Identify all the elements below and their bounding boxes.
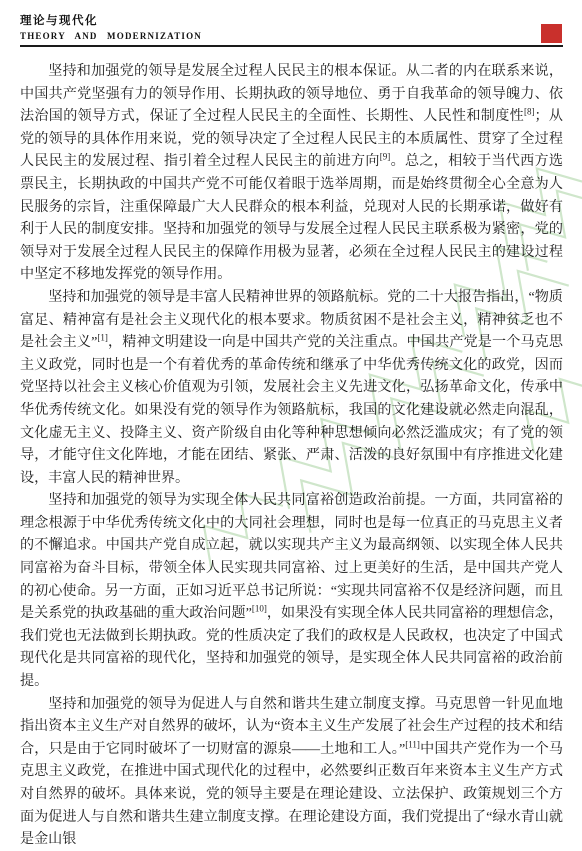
- citation-ref: [9]: [380, 152, 391, 162]
- paragraph: 坚持和加强党的领导是丰富人民精神世界的领路航标。党的二十大报告指出，“物质富足、…: [20, 286, 563, 489]
- journal-header: 理论与现代化 THEORY AND MODERNIZATION: [20, 12, 202, 41]
- journal-title-cn: 理论与现代化: [20, 12, 202, 28]
- paragraph: 坚持和加强党的领导为促进人与自然和谐共生建立制度支撑。马克思曾一针见血地指出资本…: [20, 693, 563, 851]
- paragraph: 坚持和加强党的领导为实现全体人民共同富裕创造政治前提。一方面，共同富裕的理念根源…: [20, 489, 563, 692]
- citation-ref: [8]: [524, 107, 535, 117]
- citation-ref: [1]: [97, 332, 108, 342]
- header-divider: [20, 45, 563, 47]
- journal-page: 理论与现代化 THEORY AND MODERNIZATION 坚持和加强党的领…: [0, 0, 582, 851]
- red-corner-marker: [541, 24, 562, 43]
- citation-ref: [10]: [252, 604, 267, 614]
- journal-title-en: THEORY AND MODERNIZATION: [20, 31, 202, 41]
- article-body: 坚持和加强党的领导是发展全过程人民民主的根本保证。从二者的内在联系来说，中国共产…: [20, 60, 563, 851]
- citation-ref: [11]: [405, 739, 420, 749]
- paragraph: 坚持和加强党的领导是发展全过程人民民主的根本保证。从二者的内在联系来说，中国共产…: [20, 60, 563, 286]
